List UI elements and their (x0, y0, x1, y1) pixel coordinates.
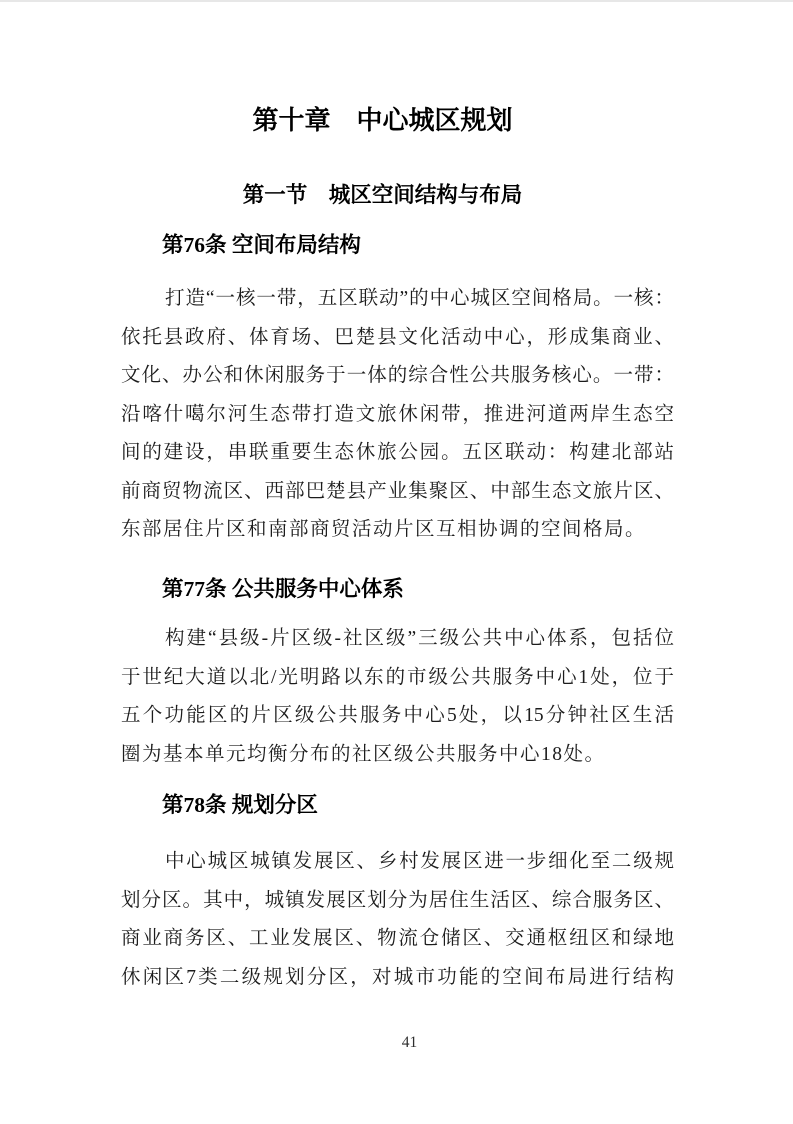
body-line: 依托县政府、体育场、巴楚县文化活动中心，形成集商业、 (121, 319, 674, 358)
article-77-heading: 第77条 公共服务中心体系 (121, 577, 674, 602)
article-78-body: 中心城区城镇发展区、乡村发展区进一步细化至二级规划分区。其中，城镇发展区划分为居… (121, 843, 674, 997)
article-77-body: 构建“县级-片区级-社区级”三级公共中心体系，包括位于世纪大道以北/光明路以东的… (121, 620, 674, 774)
article-76-heading: 第76条 空间布局结构 (121, 233, 674, 258)
chapter-title: 第十章 中心城区规划 (106, 104, 659, 138)
body-line: 间的建设，串联重要生态休旅公园。五区联动：构建北部站 (121, 434, 674, 473)
body-line: 休闲区7类二级规划分区，对城市功能的空间布局进行结构 (121, 959, 674, 998)
body-line: 打造“一核一带，五区联动”的中心城区空间格局。一核： (121, 280, 674, 319)
body-line: 五个功能区的片区级公共服务中心5处，以15分钟社区生活 (121, 697, 674, 736)
body-line: 商业商务区、工业发展区、物流仓储区、交通枢纽区和绿地 (121, 920, 674, 959)
section-title: 第一节 城区空间结构与布局 (106, 182, 659, 209)
body-line: 圈为基本单元均衡分布的社区级公共服务中心18处。 (121, 736, 674, 775)
article-76-body: 打造“一核一带，五区联动”的中心城区空间格局。一核：依托县政府、体育场、巴楚县文… (121, 280, 674, 550)
document-page: 第十章 中心城区规划 第一节 城区空间结构与布局 第76条 空间布局结构 打造“… (0, 0, 793, 1124)
page-number: 41 (13, 1033, 793, 1053)
body-line: 划分区。其中，城镇发展区划分为居住生活区、综合服务区、 (121, 882, 674, 921)
body-line: 中心城区城镇发展区、乡村发展区进一步细化至二级规 (121, 843, 674, 882)
body-line: 于世纪大道以北/光明路以东的市级公共服务中心1处，位于 (121, 659, 674, 698)
body-line: 东部居住片区和南部商贸活动片区互相协调的空间格局。 (121, 511, 674, 550)
body-line: 前商贸物流区、西部巴楚县产业集聚区、中部生态文旅片区、 (121, 473, 674, 512)
body-line: 构建“县级-片区级-社区级”三级公共中心体系，包括位 (121, 620, 674, 659)
body-line: 沿喀什噶尔河生态带打造文旅休闲带，推进河道两岸生态空 (121, 396, 674, 435)
body-line: 文化、办公和休闲服务于一体的综合性公共服务核心。一带： (121, 357, 674, 396)
article-78-heading: 第78条 规划分区 (121, 793, 674, 818)
